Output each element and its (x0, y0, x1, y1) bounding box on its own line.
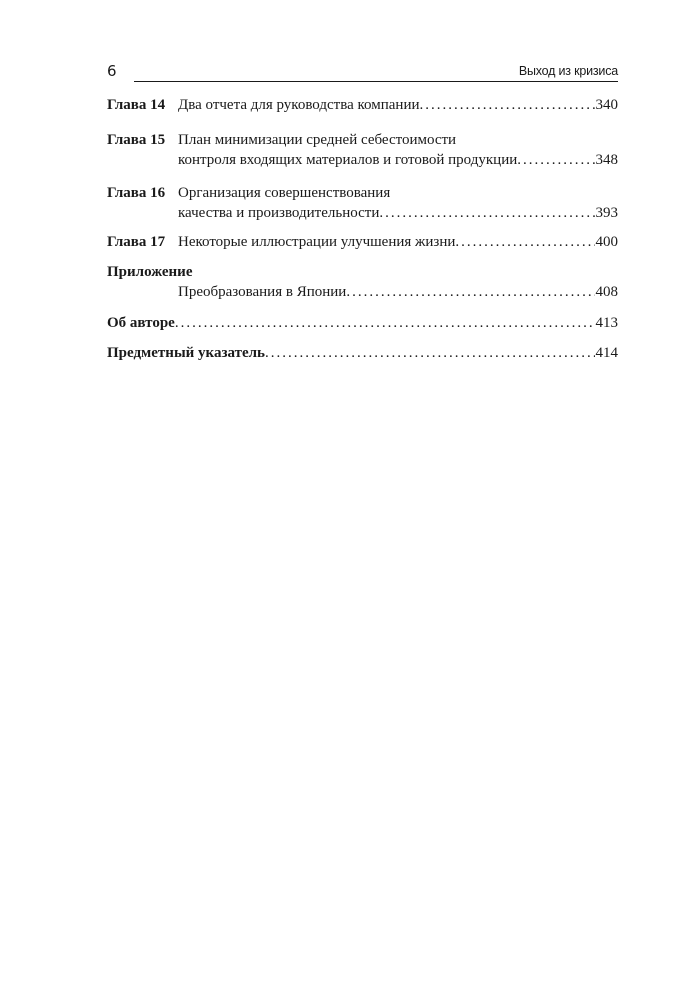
toc-entry-chapter-15[interactable]: Глава 15 План минимизации средней себест… (107, 130, 618, 150)
page-number: 6 (107, 62, 117, 80)
dot-leader (379, 203, 594, 223)
chapter-title-line-1: План минимизации средней себестоимости (178, 130, 456, 150)
chapter-title: Два отчета для руководства компании (178, 95, 420, 115)
page-header: 6 Выход из кризиса (107, 62, 618, 84)
toc-entry-chapter-16-cont[interactable]: качества и производительности 393 (107, 203, 618, 223)
toc-entry-appendix-title[interactable]: Преобразования в Японии 408 (107, 282, 618, 302)
running-title: Выход из кризиса (519, 63, 618, 79)
page-ref: 413 (595, 313, 619, 333)
page-ref: 408 (595, 282, 619, 302)
dot-leader (517, 150, 594, 170)
appendix-title: Преобразования в Японии (178, 282, 346, 302)
toc-entry-appendix[interactable]: Приложение (107, 262, 618, 282)
chapter-title-line-1: Организация совершенствования (178, 183, 390, 203)
page-ref: 393 (595, 203, 619, 223)
page-ref: 340 (595, 95, 619, 115)
section-title: Предметный указатель (107, 343, 265, 363)
toc-entry-chapter-14[interactable]: Глава 14 Два отчета для руководства комп… (107, 95, 618, 115)
chapter-title-line-2: качества и производительности (178, 203, 379, 223)
section-title: Об авторе (107, 313, 175, 333)
appendix-label: Приложение (107, 262, 192, 282)
header-rule (134, 81, 618, 82)
chapter-label: Глава 14 (107, 95, 165, 115)
toc-entry-chapter-17[interactable]: Глава 17 Некоторые иллюстрации улучшения… (107, 232, 618, 252)
dot-leader (175, 313, 595, 333)
dot-leader (265, 343, 595, 363)
page-ref: 348 (595, 150, 619, 170)
chapter-label: Глава 16 (107, 183, 165, 203)
chapter-title-line-2: контроля входящих материалов и готовой п… (178, 150, 517, 170)
page-ref: 414 (595, 343, 619, 363)
dot-leader (420, 95, 595, 115)
toc-entry-about-author[interactable]: Об авторе 413 (107, 313, 618, 333)
chapter-title: Некоторые иллюстрации улучшения жизни (178, 232, 455, 252)
chapter-label: Глава 17 (107, 232, 165, 252)
toc-entry-chapter-16[interactable]: Глава 16 Организация совершенствования (107, 183, 618, 203)
page-ref: 400 (595, 232, 619, 252)
dot-leader (455, 232, 594, 252)
toc-entry-chapter-15-cont[interactable]: контроля входящих материалов и готовой п… (107, 150, 618, 170)
dot-leader (346, 282, 594, 302)
chapter-label: Глава 15 (107, 130, 165, 150)
toc-entry-index[interactable]: Предметный указатель 414 (107, 343, 618, 363)
